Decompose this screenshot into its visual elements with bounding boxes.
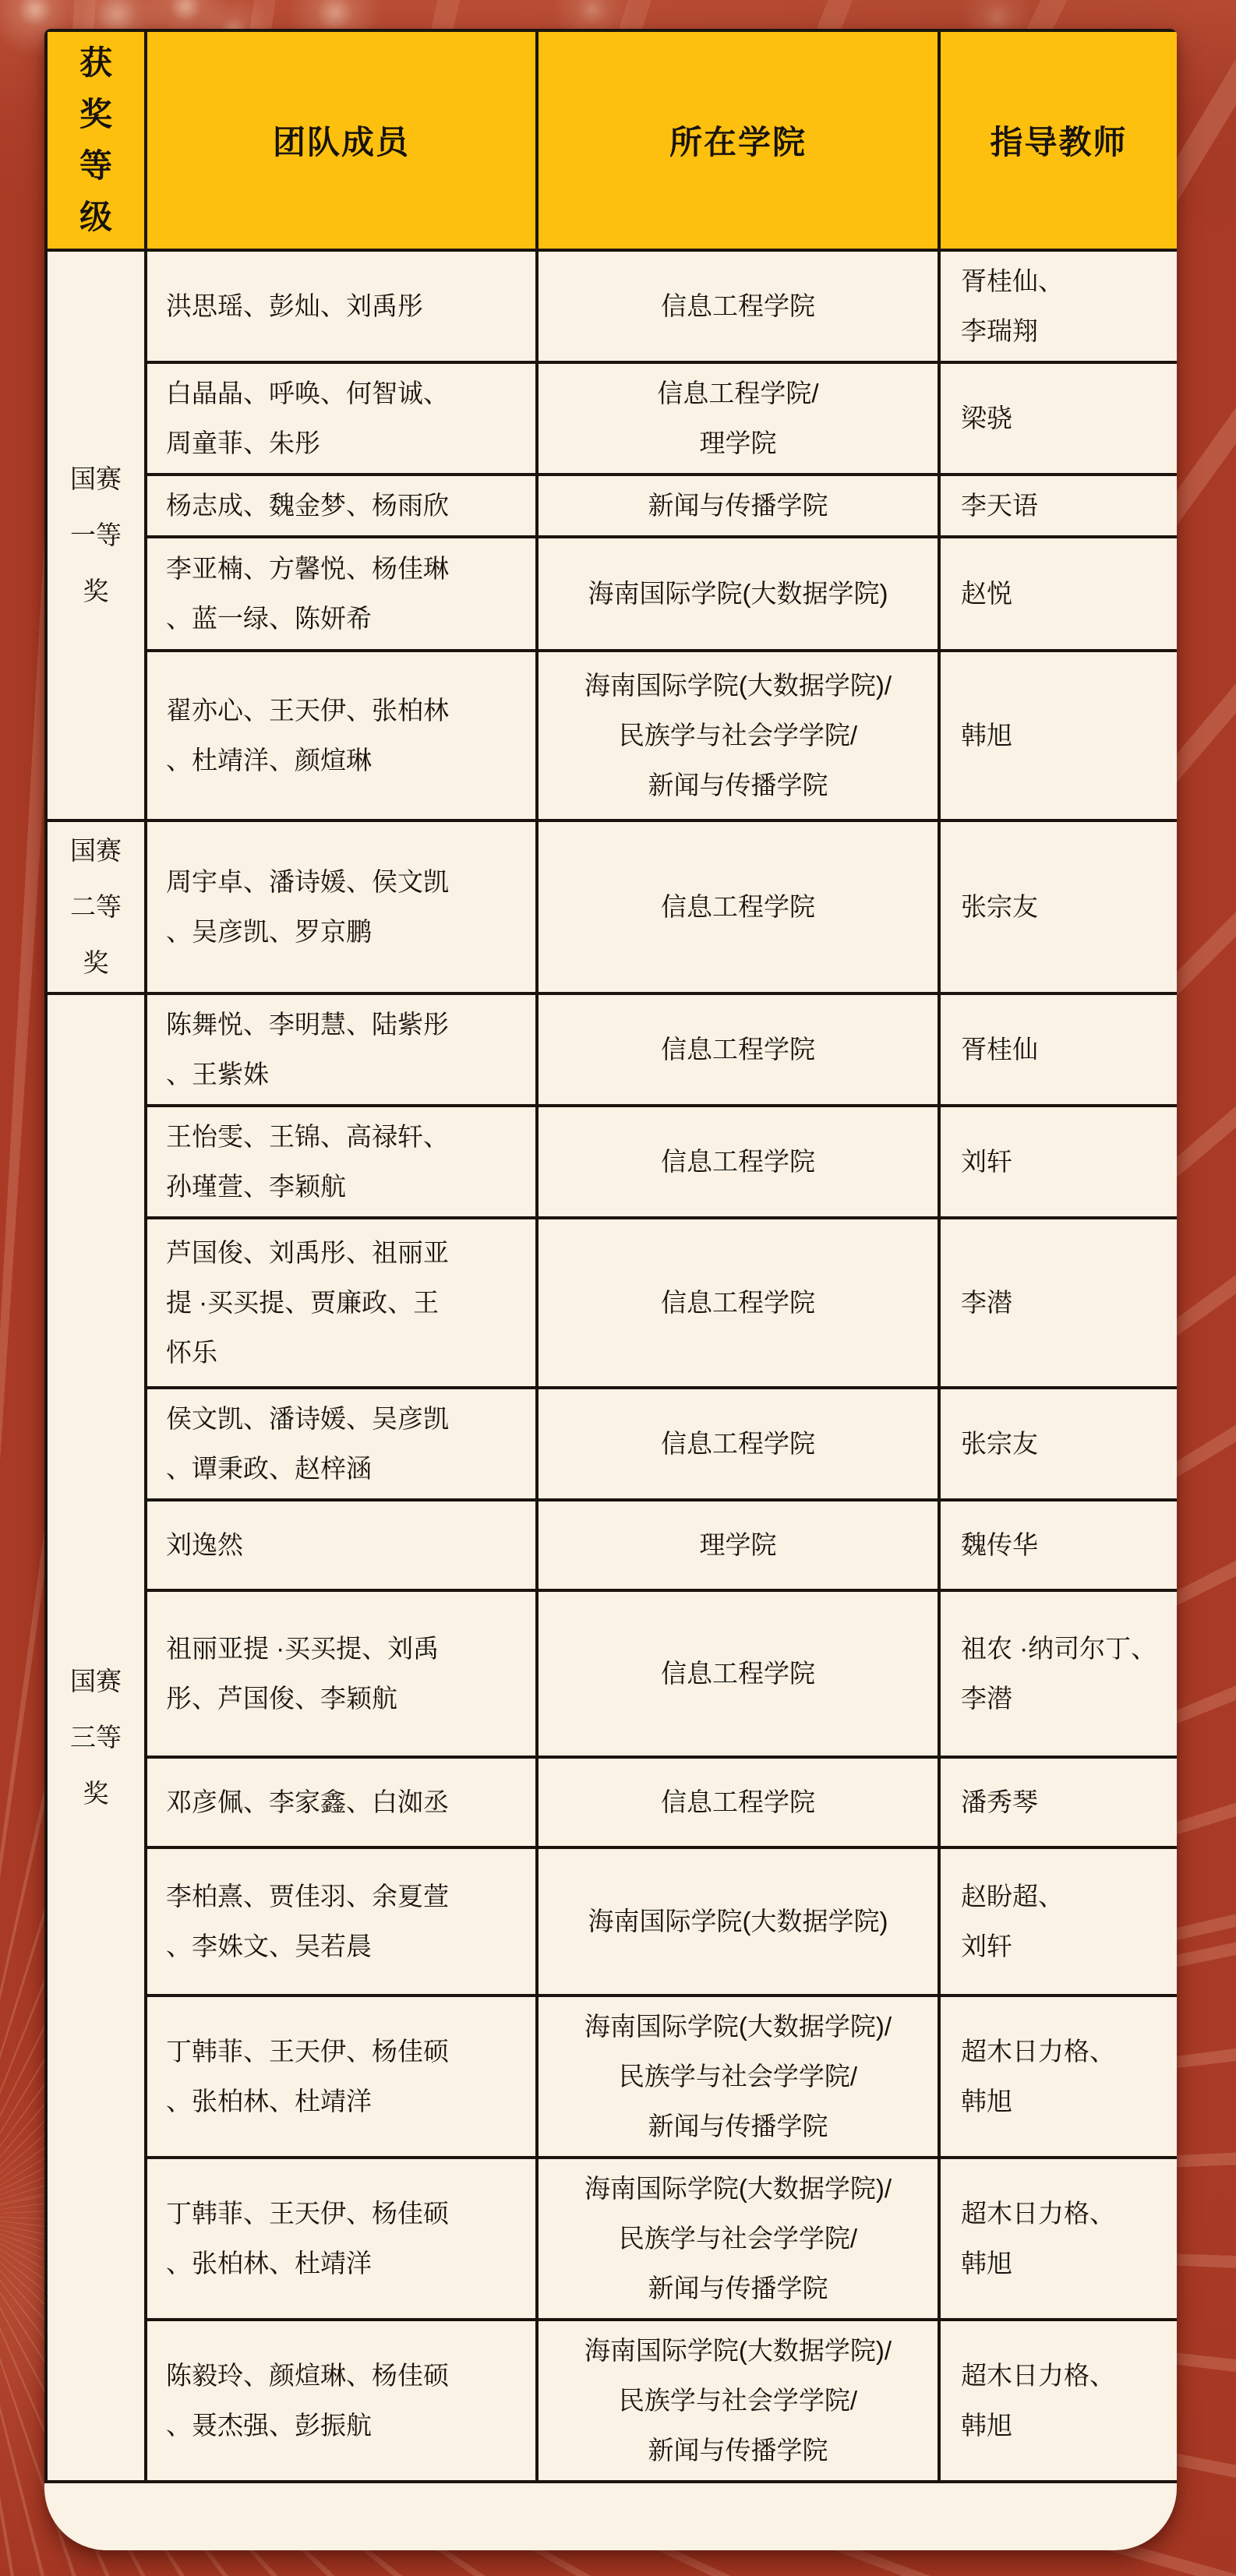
college-cell: 新闻与传播学院 [537, 475, 939, 537]
table-row: 李柏熹、贾佳羽、余夏萱 、李姝文、吴若晨海南国际学院(大数据学院)赵盼超、 刘轩 [46, 1847, 1177, 1996]
college-cell: 信息工程学院 [537, 1106, 939, 1218]
header-grade-label: 获奖等级 [77, 37, 115, 243]
teachers-cell: 超木日力格、 韩旭 [939, 2158, 1177, 2320]
teachers-cell: 韩旭 [939, 651, 1177, 820]
college-cell: 海南国际学院(大数据学院) [537, 537, 939, 651]
grade-cell: 国赛二等奖 [46, 820, 146, 993]
table-row: 祖丽亚提 ·买买提、刘禹 彤、芦国俊、李颖航信息工程学院祖农 ·纳司尔丁、 李潜 [46, 1590, 1177, 1757]
table-row: 丁韩菲、王天伊、杨佳硕 、张柏林、杜靖洋海南国际学院(大数据学院)/ 民族学与社… [46, 1996, 1177, 2158]
members-cell: 杨志成、魏金梦、杨雨欣 [146, 475, 537, 537]
members-cell: 洪思瑶、彭灿、刘禹彤 [146, 250, 537, 362]
members-cell: 芦国俊、刘禹彤、祖丽亚 提 ·买买提、贾廉政、王 怀乐 [146, 1218, 537, 1388]
grade-label: 国赛三等奖 [63, 1653, 129, 1822]
table-row: 杨志成、魏金梦、杨雨欣新闻与传播学院李天语 [46, 475, 1177, 537]
poster-page: { "colors": { "background_red": "#A93B26… [0, 0, 1236, 2576]
table-row: 国赛一等奖洪思瑶、彭灿、刘禹彤信息工程学院胥桂仙、 李瑞翔 [46, 250, 1177, 362]
members-cell: 祖丽亚提 ·买买提、刘禹 彤、芦国俊、李颖航 [146, 1590, 537, 1757]
awards-table-body: 国赛一等奖洪思瑶、彭灿、刘禹彤信息工程学院胥桂仙、 李瑞翔白晶晶、呼唤、何智诚、… [46, 250, 1177, 2482]
teachers-cell: 张宗友 [939, 820, 1177, 993]
college-cell: 信息工程学院/ 理学院 [537, 362, 939, 475]
members-cell: 白晶晶、呼唤、何智诚、 周童菲、朱彤 [146, 362, 537, 475]
college-cell: 理学院 [537, 1500, 939, 1590]
college-cell: 信息工程学院 [537, 1388, 939, 1500]
table-row: 王怡雯、王锦、高禄轩、 孙瑾萱、李颖航信息工程学院刘轩 [46, 1106, 1177, 1218]
header-college: 所在学院 [537, 30, 939, 250]
teachers-cell: 超木日力格、 韩旭 [939, 2320, 1177, 2482]
college-cell: 信息工程学院 [537, 820, 939, 993]
grade-label: 国赛一等奖 [63, 451, 129, 619]
members-cell: 王怡雯、王锦、高禄轩、 孙瑾萱、李颖航 [146, 1106, 537, 1218]
teachers-cell: 刘轩 [939, 1106, 1177, 1218]
college-cell: 信息工程学院 [537, 250, 939, 362]
header-row: 获奖等级 团队成员 所在学院 指导教师 [46, 30, 1177, 250]
teachers-cell: 潘秀琴 [939, 1757, 1177, 1847]
table-row: 刘逸然理学院魏传华 [46, 1500, 1177, 1590]
teachers-cell: 赵盼超、 刘轩 [939, 1847, 1177, 1996]
college-cell: 海南国际学院(大数据学院)/ 民族学与社会学学院/ 新闻与传播学院 [537, 651, 939, 820]
members-cell: 侯文凯、潘诗媛、吴彦凯 、谭秉政、赵梓涵 [146, 1388, 537, 1500]
college-cell: 信息工程学院 [537, 1757, 939, 1847]
teachers-cell: 魏传华 [939, 1500, 1177, 1590]
table-row: 白晶晶、呼唤、何智诚、 周童菲、朱彤信息工程学院/ 理学院梁骁 [46, 362, 1177, 475]
table-row: 陈毅玲、颜煊琳、杨佳硕 、聂杰强、彭振航海南国际学院(大数据学院)/ 民族学与社… [46, 2320, 1177, 2482]
members-cell: 翟亦心、王天伊、张柏林 、杜靖洋、颜煊琳 [146, 651, 537, 820]
table-row: 国赛三等奖陈舞悦、李明慧、陆紫彤 、王紫姝信息工程学院胥桂仙 [46, 993, 1177, 1106]
teachers-cell: 祖农 ·纳司尔丁、 李潜 [939, 1590, 1177, 1757]
awards-panel: 获奖等级 团队成员 所在学院 指导教师 国赛一等奖洪思瑶、彭灿、刘禹彤信息工程学… [44, 29, 1177, 2550]
college-cell: 海南国际学院(大数据学院)/ 民族学与社会学学院/ 新闻与传播学院 [537, 2320, 939, 2482]
members-cell: 丁韩菲、王天伊、杨佳硕 、张柏林、杜靖洋 [146, 2158, 537, 2320]
members-cell: 陈舞悦、李明慧、陆紫彤 、王紫姝 [146, 993, 537, 1106]
teachers-cell: 李潜 [939, 1218, 1177, 1388]
grade-cell: 国赛三等奖 [46, 993, 146, 2482]
awards-table: 获奖等级 团队成员 所在学院 指导教师 国赛一等奖洪思瑶、彭灿、刘禹彤信息工程学… [44, 29, 1177, 2483]
table-row: 翟亦心、王天伊、张柏林 、杜靖洋、颜煊琳海南国际学院(大数据学院)/ 民族学与社… [46, 651, 1177, 820]
teachers-cell: 胥桂仙 [939, 993, 1177, 1106]
header-members: 团队成员 [146, 30, 537, 250]
grade-label: 国赛二等奖 [63, 823, 129, 991]
college-cell: 海南国际学院(大数据学院) [537, 1847, 939, 1996]
members-cell: 李亚楠、方馨悦、杨佳琳 、蓝一绿、陈妍希 [146, 537, 537, 651]
members-cell: 陈毅玲、颜煊琳、杨佳硕 、聂杰强、彭振航 [146, 2320, 537, 2482]
members-cell: 邓彦佩、李家鑫、白洳丞 [146, 1757, 537, 1847]
teachers-cell: 超木日力格、 韩旭 [939, 1996, 1177, 2158]
table-row: 李亚楠、方馨悦、杨佳琳 、蓝一绿、陈妍希海南国际学院(大数据学院)赵悦 [46, 537, 1177, 651]
college-cell: 信息工程学院 [537, 993, 939, 1106]
teachers-cell: 赵悦 [939, 537, 1177, 651]
members-cell: 李柏熹、贾佳羽、余夏萱 、李姝文、吴若晨 [146, 1847, 537, 1996]
college-cell: 信息工程学院 [537, 1218, 939, 1388]
header-grade: 获奖等级 [46, 30, 146, 250]
table-row: 邓彦佩、李家鑫、白洳丞信息工程学院潘秀琴 [46, 1757, 1177, 1847]
teachers-cell: 梁骁 [939, 362, 1177, 475]
table-row: 国赛二等奖周宇卓、潘诗媛、侯文凯 、吴彦凯、罗京鹏信息工程学院张宗友 [46, 820, 1177, 993]
members-cell: 丁韩菲、王天伊、杨佳硕 、张柏林、杜靖洋 [146, 1996, 537, 2158]
table-row: 丁韩菲、王天伊、杨佳硕 、张柏林、杜靖洋海南国际学院(大数据学院)/ 民族学与社… [46, 2158, 1177, 2320]
members-cell: 周宇卓、潘诗媛、侯文凯 、吴彦凯、罗京鹏 [146, 820, 537, 993]
header-teachers: 指导教师 [939, 30, 1177, 250]
table-row: 侯文凯、潘诗媛、吴彦凯 、谭秉政、赵梓涵信息工程学院张宗友 [46, 1388, 1177, 1500]
teachers-cell: 李天语 [939, 475, 1177, 537]
college-cell: 海南国际学院(大数据学院)/ 民族学与社会学学院/ 新闻与传播学院 [537, 1996, 939, 2158]
members-cell: 刘逸然 [146, 1500, 537, 1590]
college-cell: 信息工程学院 [537, 1590, 939, 1757]
college-cell: 海南国际学院(大数据学院)/ 民族学与社会学学院/ 新闻与传播学院 [537, 2158, 939, 2320]
teachers-cell: 胥桂仙、 李瑞翔 [939, 250, 1177, 362]
table-row: 芦国俊、刘禹彤、祖丽亚 提 ·买买提、贾廉政、王 怀乐信息工程学院李潜 [46, 1218, 1177, 1388]
teachers-cell: 张宗友 [939, 1388, 1177, 1500]
grade-cell: 国赛一等奖 [46, 250, 146, 820]
